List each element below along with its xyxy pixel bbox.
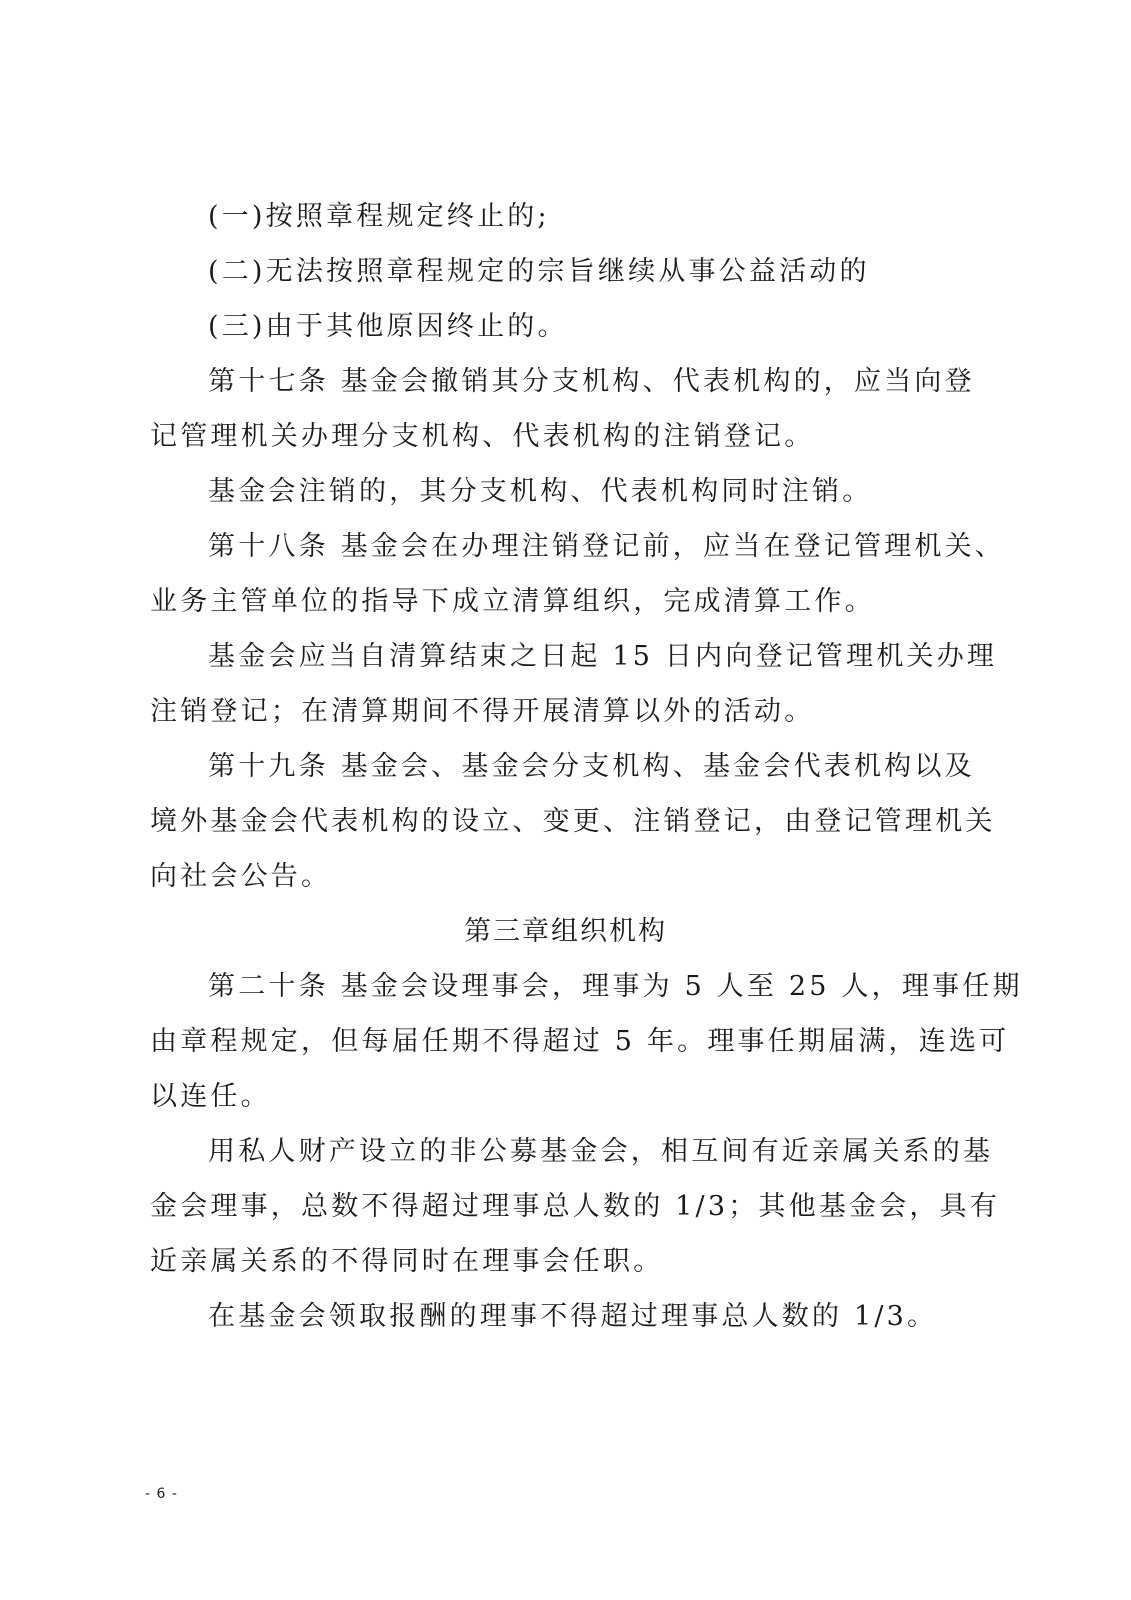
paragraph-line: 基金会注销的，其分支机构、代表机构同时注销。: [208, 477, 872, 507]
paragraph-line: 注销登记；在清算期间不得开展清算以外的活动。: [150, 697, 814, 727]
article-20-line-2: 由章程规定，但每届任期不得超过 5 年。理事任期届满，连选可: [150, 1027, 1009, 1057]
list-item-3: (三)由于其他原因终止的。: [208, 312, 568, 342]
article-18-line-2: 业务主管单位的指导下成立清算组织，完成清算工作。: [150, 587, 875, 617]
paragraph-line: 金会理事，总数不得超过理事总人数的 1/3；其他基金会，具有: [150, 1192, 1000, 1222]
list-item-2: (二)无法按照章程规定的宗旨继续从事公益活动的: [208, 257, 870, 287]
chapter-heading: 第三章组织机构: [0, 917, 1131, 947]
page-number: - 6 -: [145, 1486, 178, 1502]
paragraph-line: 基金会应当自清算结束之日起 15 日内向登记管理机关办理: [208, 642, 997, 672]
paragraph-line: 用私人财产设立的非公募基金会，相互间有近亲属关系的基: [208, 1137, 993, 1167]
article-19-line-1: 第十九条 基金会、基金会分支机构、基金会代表机构以及: [208, 752, 975, 782]
document-page: (一)按照章程规定终止的; (二)无法按照章程规定的宗旨继续从事公益活动的 (三…: [0, 0, 1131, 1600]
paragraph-line: 近亲属关系的不得同时在理事会任职。: [150, 1247, 663, 1277]
article-20-line-3: 以连任。: [150, 1082, 271, 1112]
list-item-1: (一)按照章程规定终止的;: [208, 202, 550, 232]
article-19-line-2: 境外基金会代表机构的设立、变更、注销登记，由登记管理机关: [150, 807, 996, 837]
article-18-line-1: 第十八条 基金会在办理注销登记前，应当在登记管理机关、: [208, 532, 1005, 562]
article-20-line-1: 第二十条 基金会设理事会，理事为 5 人至 25 人，理事任期: [208, 972, 1023, 1002]
paragraph-line: 在基金会领取报酬的理事不得超过理事总人数的 1/3。: [208, 1302, 937, 1332]
article-17-line-1: 第十七条 基金会撤销其分支机构、代表机构的，应当向登: [208, 367, 975, 397]
article-19-line-3: 向社会公告。: [150, 862, 331, 892]
article-17-line-2: 记管理机关办理分支机构、代表机构的注销登记。: [150, 422, 814, 452]
